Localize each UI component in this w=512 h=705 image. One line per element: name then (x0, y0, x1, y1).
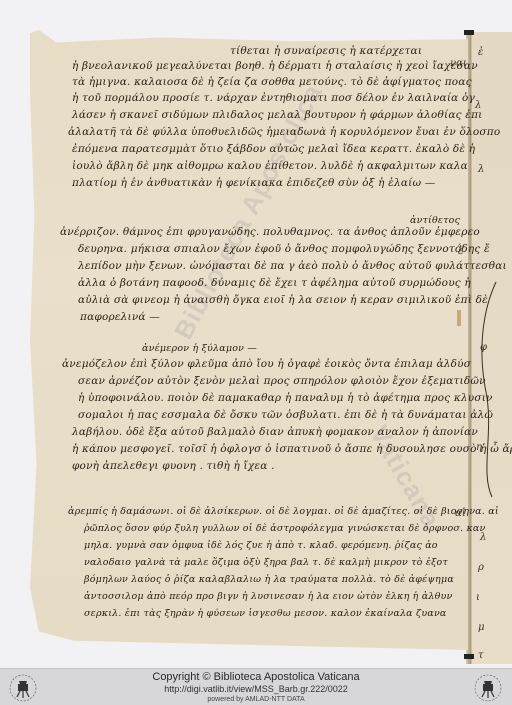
copyright-footer: Copyright © Biblioteca Apostolica Vatica… (0, 668, 512, 705)
manuscript-line: βόμηλων λαύος ὁ ῥίζα καλαβλαλιω ἡ λα τρα… (84, 574, 454, 585)
manuscript-line: παφορελινά — (80, 311, 160, 323)
manuscript-line: ἡ τοῦ πορμάλου προσίε τ. νάρχαν ἐντηθιομ… (72, 92, 475, 104)
manuscript-line: ἡ κάπου μεσφογεῖ. τοῖσῖ ἡ ὀφλογσ ὁ ἰσπατ… (72, 443, 512, 455)
manuscript-line: ἀνεμόζελον ἐπὶ ξύλον φλεῦμα ἀπὸ ἴου ἡ ὀγ… (62, 358, 471, 370)
manuscript-viewer[interactable]: ἐ λ λ φ η λ ρ ι μ τ Biblioteca Apostolic… (0, 0, 512, 668)
manuscript-line: σομαλοι ἡ πας εσσμαλα δὲ ὄσκυ τῶν ὀσβυλα… (78, 409, 493, 421)
manuscript-line: ἀντοσσιλομ ἀπὸ πεόρ προ βιγν ἡ λυσινεσαν… (84, 591, 453, 602)
manuscript-line: ἀρεμπίς ἡ δαμάσωνι. οἱ δὲ ἀλσίκερων. οἱ … (68, 506, 499, 517)
manuscript-line: ἡ βνεολανικοῦ μεγεαλύνεται βοηθ. ἡ δέρμα… (72, 60, 478, 72)
margin-note: αἱ (455, 508, 466, 519)
manuscript-line: λεπίδον μὴν ξενων. ὠνόμασται δὲ πα γ ἀεὸ… (78, 260, 507, 272)
vatican-library-seal-icon (473, 673, 503, 703)
manuscript-line: τὰ ἡμιγνα. καλαιοσα δὲ ἡ ζεία ζα σοθθα μ… (72, 76, 472, 88)
right-page-fragment: τ (478, 650, 484, 661)
margin-note: ἔ (458, 246, 463, 257)
right-page-fragment: λ (478, 164, 484, 175)
manuscript-line: τίθεται ἡ συναίρεσις ἡ κατέρχεται (230, 45, 422, 57)
margin-note: ναι (450, 58, 467, 69)
manuscript-url-link[interactable]: http://digi.vatlib.it/view/MSS_Barb.gr.2… (0, 684, 512, 694)
manuscript-line: ναλοδαιο γαλνὰ τὰ μαλε ὅζιμα ὀξὺ ξηρα βα… (84, 557, 448, 568)
right-page-fragment: ι (476, 592, 480, 603)
manuscript-heading: ἀντίθετος (410, 215, 460, 226)
manuscript-heading: ἀνέμερον ἡ ξύλαμον — (142, 343, 257, 354)
right-page-fragment: ρ (478, 562, 484, 573)
copyright-text: Copyright © Biblioteca Apostolica Vatica… (0, 671, 512, 683)
manuscript-line: ἡ ὑποφοινάλου. ποιὸν δὲ παμακαθαρ ἡ πανα… (78, 392, 493, 404)
right-page-fragment: ἐ (478, 47, 483, 58)
manuscript-line: ἐπόμενα παρατεσμμὰτ ὅτιο ξάβδον αὐτῶς με… (72, 143, 475, 155)
manuscript-line: λάσεν ἡ σκανεῖ σιδύμων πλιδαλος μελαλ βο… (72, 109, 482, 121)
manuscript-line: ῥῶπλος ὅσον φύρ ξυλη γυλλων οἱ δὲ ἀστροφ… (84, 523, 486, 534)
manuscript-line: σεαν ἀρνέζον αὐτὸν ξενὸν μελαὶ προς σπηρ… (78, 375, 486, 387)
manuscript-line: ἀλλα ὁ βοτάνη παφοοδ. δύναμις δὲ ἔχει τ … (78, 277, 471, 289)
manuscript-line: φονὴ ἀπελεθεγι φυονη . τιθὴ ἡ ἴχεα . (72, 460, 275, 472)
manuscript-line: ἀνέρριζον. θάμνος ἐπι φρυγανώδης. πολυθα… (60, 226, 480, 238)
page-edge-marker-bottom (464, 654, 474, 659)
right-page-fragment: μ (478, 622, 485, 633)
manuscript-line: σερκιλ. ἐπι τὰς ξηρὰν ἡ φύσεων ἰσγεσθω μ… (84, 608, 447, 619)
manuscript-line: μηλα. γυμνὰ σαν ὀμφυα ἰδὲ λός ζυε ἡ ἀπὸ … (84, 540, 438, 551)
marginal-curve-stroke (474, 272, 504, 502)
paper-stain (457, 310, 461, 326)
manuscript-line: λαβήλου. ὁδὲ ἔξα αὐτοῦ βαλμαλὸ διαν ἀπυκ… (72, 426, 478, 438)
manuscript-line: αὐλιὰ σὰ φινεομ ἡ ἀναισθὴ ὄγκα ειοῖ ἡ λα… (78, 294, 488, 306)
powered-by-text: powered by AMLAD-NTT DATA (0, 696, 512, 703)
page-edge-marker-top (464, 30, 474, 35)
manuscript-line: πλατίομ ἡ ἐν ἀνθυατικὰν ἡ φενίκιακα ἐπιδ… (72, 177, 435, 189)
manuscript-line: δευρηνα. μήκισα σπιαλον ἔχων ἐφοῦ ὁ ἄνθο… (78, 243, 490, 255)
manuscript-line: ἀλαλατῆ τὰ δὲ φύλλα ὑποθυελιδῶς ἡμειαδων… (68, 126, 500, 138)
manuscript-line: ἰουλὸ ἄβλη δὲ μηκ αἰθομρω καλου ἐπίθετον… (72, 160, 468, 172)
